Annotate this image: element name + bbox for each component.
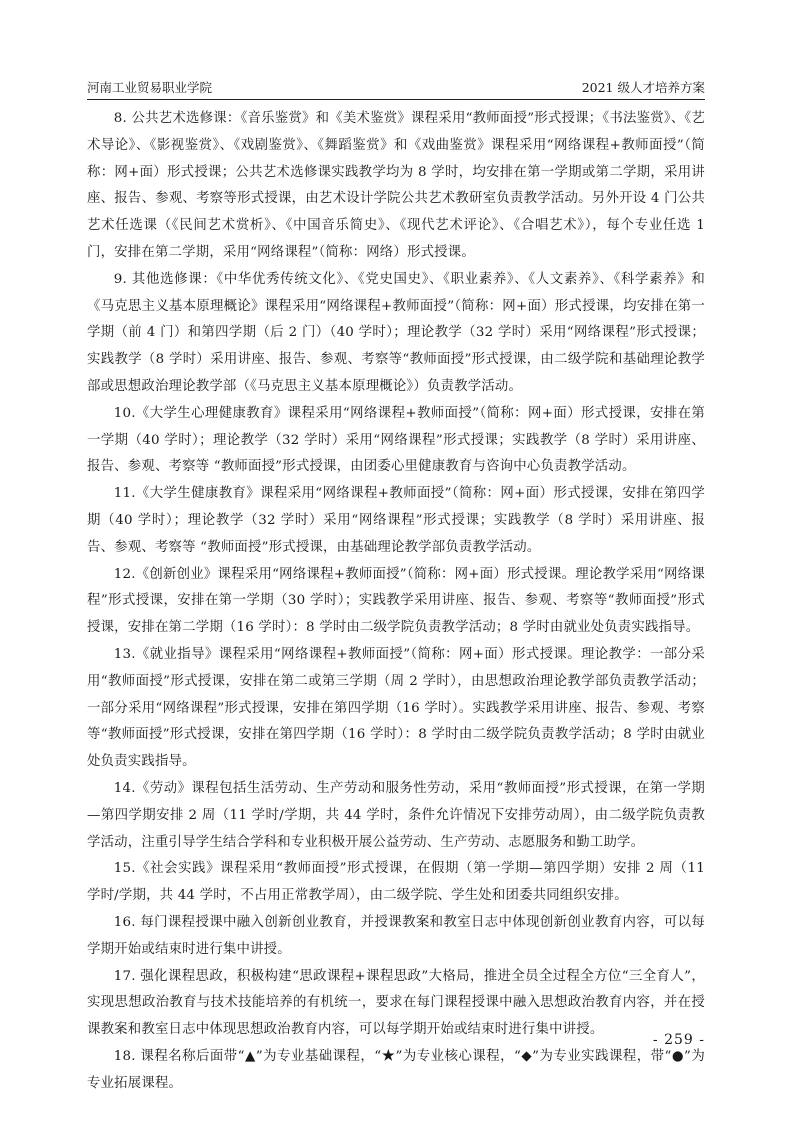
- paragraph-12-innovation: 12.《创新创业》课程采用“网络课程+教师面授”（简称：网+面）形式授课。理论教…: [87, 562, 705, 642]
- page-header: 河南工业贸易职业学院 2021 级人才培养方案: [87, 76, 705, 100]
- paragraph-16-entrepreneurship-integration: 16. 每门课程授课中融入创新创业教育，并授课教案和教室日志中体现创新创业教育内…: [87, 910, 705, 964]
- page-body: 8. 公共艺术选修课：《音乐鉴赏》和《美术鉴赏》课程采用“教师面授”形式授课；《…: [87, 106, 705, 1097]
- paragraph-11-health-education: 11.《大学生健康教育》课程采用“网络课程+教师面授”（简称：网+面）形式授课，…: [87, 481, 705, 561]
- paragraph-13-employment-guidance: 13.《就业指导》课程采用“网络课程+教师面授”（简称：网+面）形式授课。理论教…: [87, 642, 705, 776]
- paragraph-14-labor: 14.《劳动》课程包括生活劳动、生产劳动和服务性劳动，采用“教师面授”形式授课，…: [87, 776, 705, 856]
- page-number: - 259 -: [653, 1032, 705, 1048]
- paragraph-8-public-art-electives: 8. 公共艺术选修课：《音乐鉴赏》和《美术鉴赏》课程采用“教师面授”形式授课；《…: [87, 106, 705, 267]
- paragraph-9-other-electives: 9. 其他选修课：《中华优秀传统文化》、《党史国史》、《职业素养》、《人文素养》…: [87, 267, 705, 401]
- paragraph-15-social-practice: 15.《社会实践》课程采用“教师面授”形式授课，在假期（第一学期—第四学期）安排…: [87, 856, 705, 910]
- header-document-title: 2021 级人才培养方案: [582, 78, 705, 96]
- paragraph-17-ideological-education: 17. 强化课程思政，积极构建“思政课程+课程思政”大格局，推进全员全过程全方位…: [87, 964, 705, 1044]
- header-institution: 河南工业贸易职业学院: [87, 78, 212, 96]
- paragraph-18-course-symbols: 18. 课程名称后面带“▲”为专业基础课程，“★”为专业核心课程，“◆”为专业实…: [87, 1044, 705, 1098]
- paragraph-10-mental-health: 10.《大学生心理健康教育》课程采用“网络课程+教师面授”（简称：网+面）形式授…: [87, 401, 705, 481]
